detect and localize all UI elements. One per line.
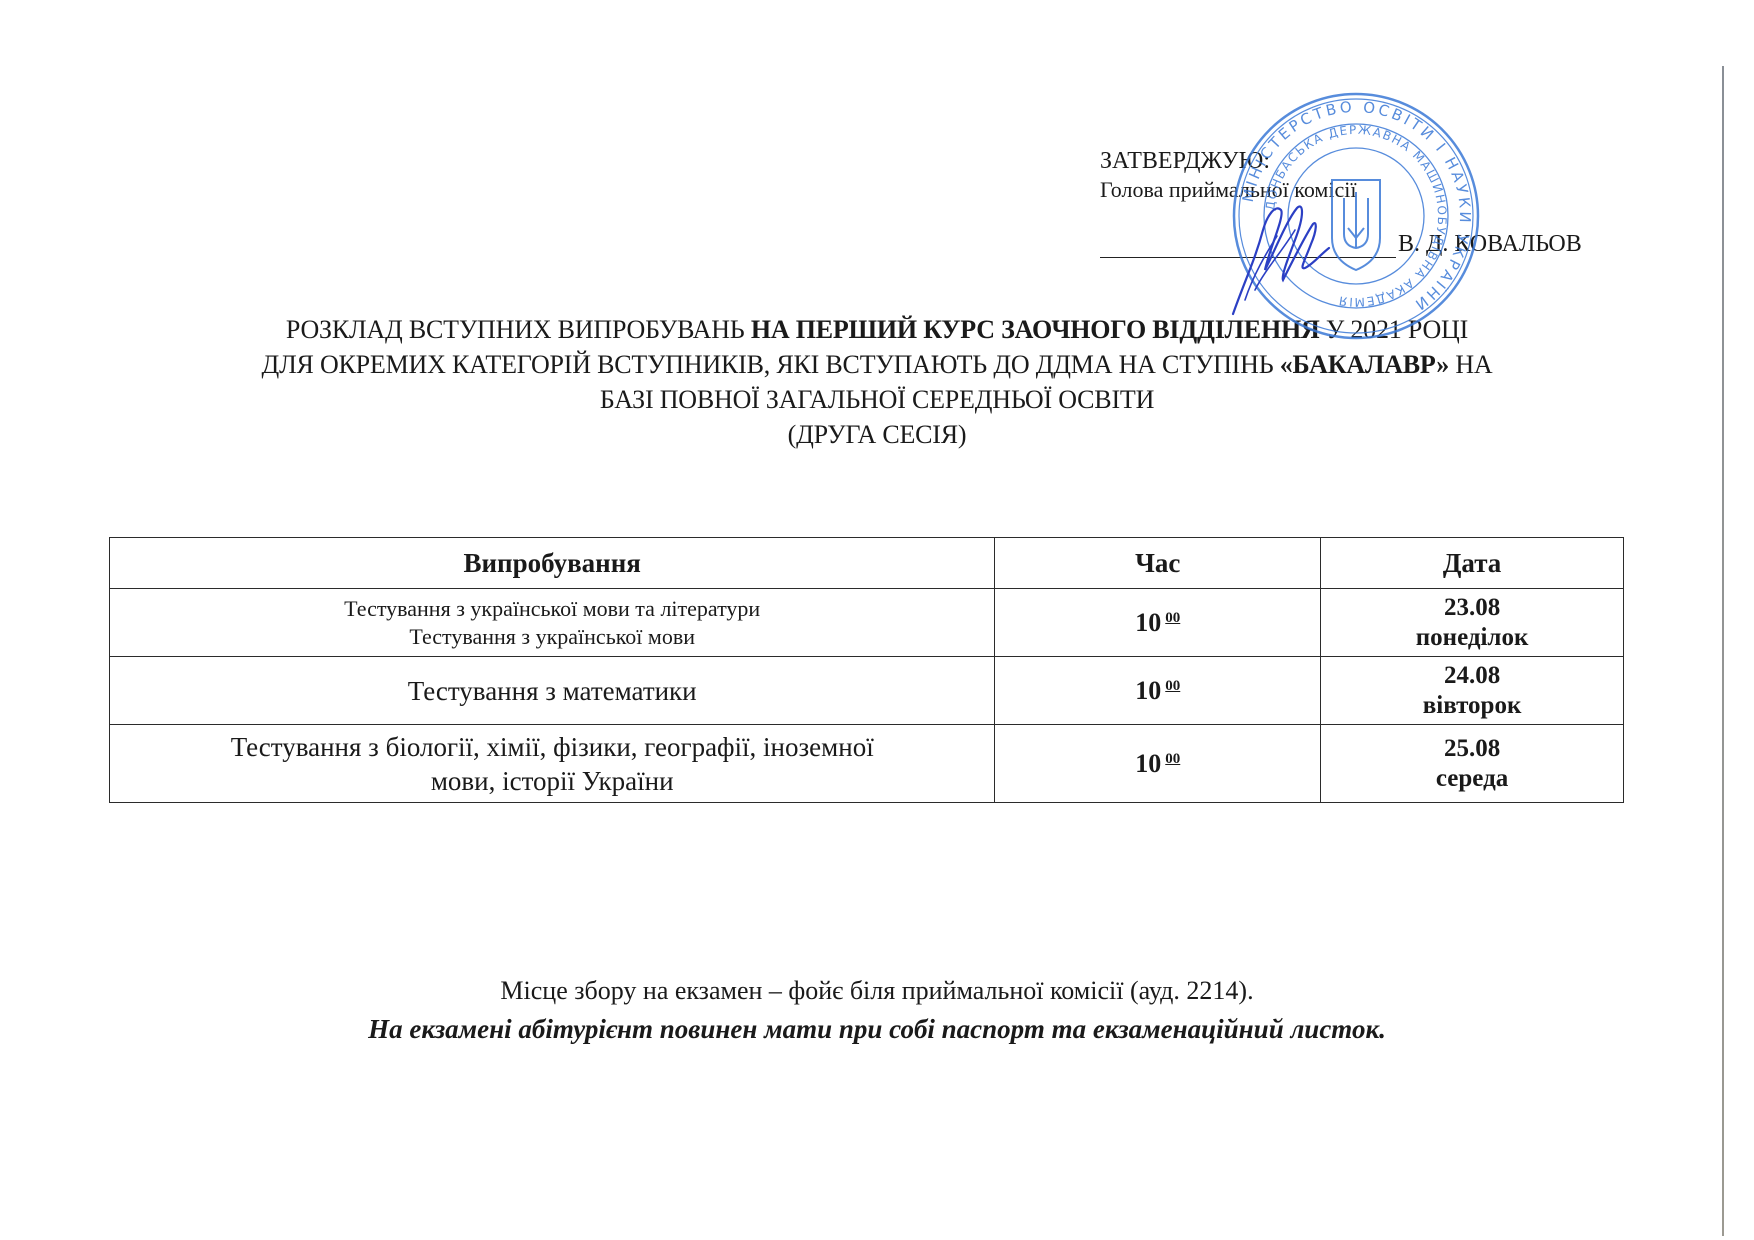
exam-cell: Тестування з української мови та літерат… bbox=[110, 589, 995, 657]
scan-edge-line bbox=[1722, 66, 1724, 1236]
exam-schedule-table: Випробування Час Дата Тестування з украї… bbox=[109, 537, 1624, 803]
approval-heading: ЗАТВЕРДЖУЮ: bbox=[1100, 146, 1582, 176]
header-date: Дата bbox=[1321, 538, 1624, 589]
table-header-row: Випробування Час Дата bbox=[110, 538, 1624, 589]
exam-cell: Тестування з математики bbox=[110, 657, 995, 725]
table-row: Тестування з математики 1000 24.08 вівто… bbox=[110, 657, 1624, 725]
approver-name: В. Д. КОВАЛЬОВ bbox=[1398, 231, 1582, 258]
exam-cell: Тестування з біології, хімії, фізики, ге… bbox=[110, 725, 995, 803]
title-line-1: РОЗКЛАД ВСТУПНИХ ВИПРОБУВАНЬ НА ПЕРШИЙ К… bbox=[60, 312, 1694, 347]
time-cell: 1000 bbox=[995, 725, 1321, 803]
signature-row: В. Д. КОВАЛЬОВ bbox=[1100, 231, 1582, 258]
title-line-2: ДЛЯ ОКРЕМИХ КАТЕГОРІЙ ВСТУПНИКІВ, ЯКІ ВС… bbox=[60, 347, 1694, 382]
signature-line bbox=[1100, 233, 1396, 258]
time-cell: 1000 bbox=[995, 657, 1321, 725]
date-cell: 24.08 вівторок bbox=[1321, 657, 1624, 725]
meeting-place-note: Місце збору на екзамен – фойє біля прийм… bbox=[0, 976, 1754, 1006]
title-line-3: БАЗІ ПОВНОЇ ЗАГАЛЬНОЇ СЕРЕДНЬОЇ ОСВІТИ bbox=[60, 382, 1694, 417]
date-cell: 23.08 понеділок bbox=[1321, 589, 1624, 657]
title-line-4: (ДРУГА СЕСІЯ) bbox=[60, 417, 1694, 452]
approval-block: ЗАТВЕРДЖУЮ: Голова приймальної комісії В… bbox=[1100, 146, 1582, 258]
table-row: Тестування з біології, хімії, фізики, ге… bbox=[110, 725, 1624, 803]
date-cell: 25.08 середа bbox=[1321, 725, 1624, 803]
header-exam: Випробування bbox=[110, 538, 995, 589]
document-title: РОЗКЛАД ВСТУПНИХ ВИПРОБУВАНЬ НА ПЕРШИЙ К… bbox=[60, 312, 1694, 452]
documents-reminder: На екзамені абітурієнт повинен мати при … bbox=[0, 1014, 1754, 1045]
time-cell: 1000 bbox=[995, 589, 1321, 657]
header-time: Час bbox=[995, 538, 1321, 589]
table-row: Тестування з української мови та літерат… bbox=[110, 589, 1624, 657]
approver-position: Голова приймальної комісії bbox=[1100, 176, 1582, 203]
